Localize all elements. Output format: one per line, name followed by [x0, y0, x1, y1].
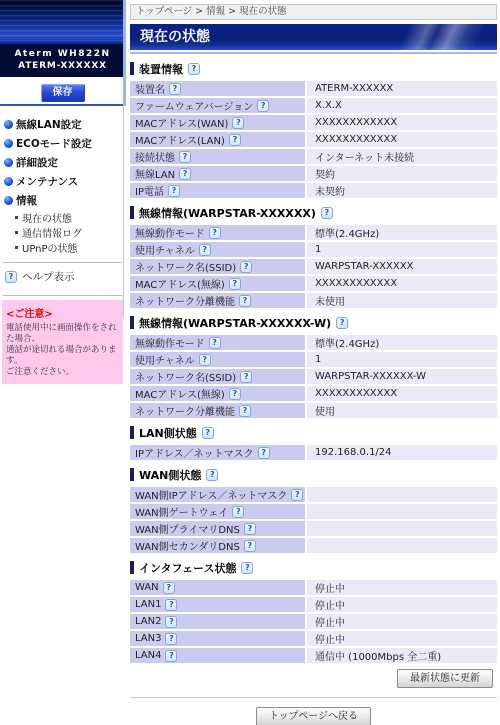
nav-subitem[interactable]: UPnPの状態 — [4, 240, 125, 255]
section-marker-icon — [130, 316, 134, 329]
row-value: 未使用 — [307, 293, 497, 308]
section-title: WAN側状態 — [139, 467, 201, 483]
row-value — [307, 487, 497, 502]
status-section: インタフェース状態?WAN?停止中LAN1?停止中LAN2?停止中LAN3?停止… — [130, 561, 497, 663]
row-label: WAN側プライマリDNS? — [130, 521, 305, 536]
status-section: 無線情報(WARPSTAR-XXXXXX)?無線動作モード?標準(2.4GHz)… — [130, 206, 497, 308]
row-value: 通信中 (1000Mbps 全二重) — [307, 648, 497, 663]
table-row: ネットワーク分離機能?使用 — [130, 403, 497, 418]
row-label-text: ネットワーク分離機能 — [135, 293, 235, 308]
row-label-text: ファームウェアバージョン — [135, 98, 253, 113]
row-label: IPアドレス／ネットマスク? — [130, 445, 305, 460]
help-icon[interactable]: ? — [188, 63, 200, 75]
help-icon[interactable]: ? — [244, 540, 256, 552]
table-row: 使用チャネル?1 — [130, 352, 497, 367]
help-icon[interactable]: ? — [179, 151, 191, 163]
help-icon[interactable]: ? — [321, 207, 333, 219]
help-icon[interactable]: ? — [232, 117, 244, 129]
nav-subitem[interactable]: 通信情報ログ — [4, 225, 125, 240]
row-label-text: 使用チャネル — [135, 352, 195, 367]
row-label-text: ネットワーク名(SSID) — [135, 369, 236, 384]
help-icon[interactable]: ? — [165, 599, 177, 611]
help-icon[interactable]: ? — [336, 317, 348, 329]
bullet-icon — [4, 158, 13, 167]
sidebar: Aterm WH822N ATERM-XXXXXX 保存 無線LAN設定ECOモ… — [0, 0, 125, 725]
router-admin-page: Aterm WH822N ATERM-XXXXXX 保存 無線LAN設定ECOモ… — [0, 0, 500, 725]
row-value: 停止中 — [307, 597, 497, 612]
row-label: 無線LAN? — [130, 166, 305, 181]
row-label-text: MACアドレス(LAN) — [135, 132, 225, 147]
row-label: WAN側セカンダリDNS? — [130, 538, 305, 553]
sidebar-nav: 無線LAN設定ECOモード設定詳細設定メンテナンス情報現在の状態通信情報ログUP… — [0, 106, 125, 257]
help-icon[interactable]: ? — [240, 371, 252, 383]
row-label: 無線動作モード? — [130, 225, 305, 240]
table-row: 装置名?ATERM-XXXXXX — [130, 81, 497, 96]
row-value: XXXXXXXXXXXX — [307, 132, 497, 147]
help-icon[interactable]: ? — [179, 168, 191, 180]
table-row: ファームウェアバージョン?X.X.X — [130, 98, 497, 113]
help-icon[interactable]: ? — [209, 337, 221, 349]
row-label-text: IP電話 — [135, 183, 164, 198]
row-label-text: MACアドレス(無線) — [135, 386, 225, 401]
section-marker-icon — [130, 206, 134, 219]
help-icon[interactable]: ? — [244, 523, 256, 535]
help-icon[interactable]: ? — [168, 185, 180, 197]
row-label: MACアドレス(無線)? — [130, 276, 305, 291]
table-row: MACアドレス(LAN)?XXXXXXXXXXXX — [130, 132, 497, 147]
row-label: 使用チャネル? — [130, 352, 305, 367]
row-label: IP電話? — [130, 183, 305, 198]
nav-item[interactable]: 無線LAN設定 — [4, 115, 125, 134]
nav-item[interactable]: 情報 — [4, 191, 125, 210]
row-label: ネットワーク分離機能? — [130, 293, 305, 308]
back-row: トップページへ戻る — [130, 704, 497, 725]
section-header: 装置情報? — [130, 62, 497, 75]
table-row: 無線動作モード?標準(2.4GHz) — [130, 225, 497, 240]
row-label-text: IPアドレス／ネットマスク — [135, 445, 254, 460]
help-icon[interactable]: ? — [229, 134, 241, 146]
row-label-text: 無線LAN — [135, 166, 175, 181]
status-sections: 装置情報?装置名?ATERM-XXXXXXファームウェアバージョン?X.X.XM… — [130, 62, 497, 663]
title-underline — [130, 52, 497, 54]
help-icon[interactable]: ? — [240, 261, 252, 273]
row-value: 1 — [307, 242, 497, 257]
table-row: ネットワーク名(SSID)?WARPSTAR-XXXXXX — [130, 259, 497, 274]
section-title: インタフェース状態 — [139, 560, 236, 576]
row-label: ファームウェアバージョン? — [130, 98, 305, 113]
section-title: LAN側状態 — [139, 425, 197, 441]
row-label-text: LAN4 — [135, 650, 161, 661]
table-row: WAN側プライマリDNS? — [130, 521, 497, 536]
nav-item-label: ECOモード設定 — [16, 136, 92, 151]
row-label: 無線動作モード? — [130, 335, 305, 350]
row-value: XXXXXXXXXXXX — [307, 276, 497, 291]
status-section: 装置情報?装置名?ATERM-XXXXXXファームウェアバージョン?X.X.XM… — [130, 62, 497, 198]
row-label: WAN? — [130, 580, 305, 595]
table-row: ネットワーク分離機能?未使用 — [130, 293, 497, 308]
section-title: 装置情報 — [139, 61, 183, 77]
help-link[interactable]: ? ヘルプ表示 — [0, 263, 125, 290]
main-content: トップページ > 情報 > 現在の状態 現在の状態 装置情報?装置名?ATERM… — [130, 0, 497, 725]
row-value: 192.168.0.1/24 — [307, 445, 497, 460]
row-label-text: WAN側IPアドレス／ネットマスク — [135, 487, 287, 502]
breadcrumb: トップページ > 情報 > 現在の状態 — [130, 4, 497, 20]
table-row: WAN側IPアドレス／ネットマスク? — [130, 487, 497, 502]
row-label-text: 無線動作モード — [135, 225, 205, 240]
help-icon[interactable]: ? — [199, 244, 211, 256]
help-icon[interactable]: ? — [165, 650, 177, 662]
save-button[interactable]: 保存 — [41, 84, 85, 102]
sidebar-edge-blue — [123, 0, 126, 106]
notice-title: <ご注意> — [6, 305, 119, 320]
help-icon[interactable]: ? — [209, 227, 221, 239]
status-section: LAN側状態?IPアドレス／ネットマスク?192.168.0.1/24 — [130, 426, 497, 460]
aterm-brand-banner — [0, 0, 125, 44]
table-row: MACアドレス(無線)?XXXXXXXXXXXX — [130, 276, 497, 291]
row-label-text: ネットワーク分離機能 — [135, 403, 235, 418]
row-value: XXXXXXXXXXXX — [307, 386, 497, 401]
table-row: WAN側ゲートウェイ? — [130, 504, 497, 519]
table-row: 無線動作モード?標準(2.4GHz) — [130, 335, 497, 350]
device-model-name: Aterm WH822N — [0, 48, 125, 60]
row-label: ネットワーク分離機能? — [130, 403, 305, 418]
nav-subitem-label: UPnPの状態 — [22, 240, 78, 255]
table-row: LAN3?停止中 — [130, 631, 497, 646]
nav-subitem-label: 現在の状態 — [22, 210, 72, 225]
row-label: MACアドレス(WAN)? — [130, 115, 305, 130]
row-label: ネットワーク名(SSID)? — [130, 259, 305, 274]
row-label-text: LAN3 — [135, 633, 161, 644]
row-label-text: 接続状態 — [135, 149, 175, 164]
row-value: 未契約 — [307, 183, 497, 198]
row-label-text: WAN側セカンダリDNS — [135, 538, 240, 553]
row-label: 接続状態? — [130, 149, 305, 164]
section-marker-icon — [130, 426, 134, 439]
table-row: IPアドレス／ネットマスク?192.168.0.1/24 — [130, 445, 497, 460]
help-icon[interactable]: ? — [239, 405, 251, 417]
nav-item-label: メンテナンス — [16, 174, 78, 189]
help-link-label: ヘルプ表示 — [22, 269, 75, 284]
table-row: 接続状態?インターネット未接続 — [130, 149, 497, 164]
refresh-row: 最新状態に更新 — [130, 666, 497, 688]
help-icon[interactable]: ? — [291, 489, 303, 501]
row-value: 停止中 — [307, 631, 497, 646]
footer-divider — [130, 697, 497, 698]
nav-subitem[interactable]: 現在の状態 — [4, 210, 125, 225]
help-icon[interactable]: ? — [241, 562, 253, 574]
row-value: X.X.X — [307, 98, 497, 113]
row-label: LAN3? — [130, 631, 305, 646]
help-icon[interactable]: ? — [229, 278, 241, 290]
row-value: 契約 — [307, 166, 497, 181]
nav-item[interactable]: ECOモード設定 — [4, 134, 125, 153]
row-label: ネットワーク名(SSID)? — [130, 369, 305, 384]
table-row: 使用チャネル?1 — [130, 242, 497, 257]
help-icon[interactable]: ? — [229, 388, 241, 400]
row-value: XXXXXXXXXXXX — [307, 115, 497, 130]
help-icon[interactable]: ? — [232, 506, 244, 518]
row-label-text: WAN側ゲートウェイ — [135, 504, 228, 519]
section-marker-icon — [130, 561, 134, 574]
notice-body: 電話使用中に画面操作をされた場合、通話が途切れる場合があります。ご注意ください。 — [6, 323, 119, 378]
notice-box: <ご注意> 電話使用中に画面操作をされた場合、通話が途切れる場合があります。ご注… — [2, 300, 123, 384]
status-section: 無線情報(WARPSTAR-XXXXXX-W)?無線動作モード?標準(2.4GH… — [130, 316, 497, 418]
row-label: MACアドレス(LAN)? — [130, 132, 305, 147]
dot-icon — [15, 216, 18, 219]
nav-subitem-label: 通信情報ログ — [22, 225, 82, 240]
table-row: WAN?停止中 — [130, 580, 497, 595]
status-section: WAN側状態?WAN側IPアドレス／ネットマスク?WAN側ゲートウェイ?WAN側… — [130, 468, 497, 553]
row-label-text: WAN側プライマリDNS — [135, 521, 240, 536]
table-row: IP電話?未契約 — [130, 183, 497, 198]
bullet-icon — [4, 120, 13, 129]
row-label: MACアドレス(無線)? — [130, 386, 305, 401]
help-icon[interactable]: ? — [257, 100, 269, 112]
row-value: 停止中 — [307, 580, 497, 595]
section-marker-icon — [130, 62, 134, 75]
row-label-text: ネットワーク名(SSID) — [135, 259, 236, 274]
table-row: LAN4?通信中 (1000Mbps 全二重) — [130, 648, 497, 663]
section-title: 無線情報(WARPSTAR-XXXXXX) — [139, 205, 316, 221]
dot-icon — [15, 246, 18, 249]
row-label-text: 無線動作モード — [135, 335, 205, 350]
nav-item[interactable]: 詳細設定 — [4, 153, 125, 172]
row-value — [307, 538, 497, 553]
section-header: LAN側状態? — [130, 426, 497, 439]
row-label: WAN側IPアドレス／ネットマスク? — [130, 487, 305, 502]
table-row: WAN側セカンダリDNS? — [130, 538, 497, 553]
bullet-icon — [4, 177, 13, 186]
row-label: LAN4? — [130, 648, 305, 663]
section-marker-icon — [130, 468, 134, 481]
question-mark-icon: ? — [5, 271, 17, 283]
table-row: MACアドレス(無線)?XXXXXXXXXXXX — [130, 386, 497, 401]
row-value — [307, 521, 497, 536]
row-value: 標準(2.4GHz) — [307, 225, 497, 240]
row-label-text: MACアドレス(無線) — [135, 276, 225, 291]
nav-item[interactable]: メンテナンス — [4, 172, 125, 191]
row-value: 1 — [307, 352, 497, 367]
row-label: WAN側ゲートウェイ? — [130, 504, 305, 519]
help-icon[interactable]: ? — [165, 633, 177, 645]
help-icon[interactable]: ? — [199, 354, 211, 366]
device-network-name: ATERM-XXXXXX — [0, 60, 125, 72]
bullet-icon — [4, 139, 13, 148]
row-label: LAN1? — [130, 597, 305, 612]
help-icon[interactable]: ? — [169, 83, 181, 95]
section-title: 無線情報(WARPSTAR-XXXXXX-W) — [139, 315, 331, 331]
row-value: WARPSTAR-XXXXXX — [307, 259, 497, 274]
row-value — [307, 504, 497, 519]
help-icon[interactable]: ? — [202, 427, 214, 439]
row-label-text: 使用チャネル — [135, 242, 195, 257]
sidebar-edge-gray — [123, 106, 124, 318]
section-header: WAN側状態? — [130, 468, 497, 481]
table-row: ネットワーク名(SSID)?WARPSTAR-XXXXXX-W — [130, 369, 497, 384]
row-value: 使用 — [307, 403, 497, 418]
help-icon[interactable]: ? — [239, 295, 251, 307]
help-icon[interactable]: ? — [165, 616, 177, 628]
nav-item-label: 無線LAN設定 — [16, 117, 82, 132]
section-header: 無線情報(WARPSTAR-XXXXXX)? — [130, 206, 497, 219]
help-icon[interactable]: ? — [206, 469, 218, 481]
row-label-text: MACアドレス(WAN) — [135, 115, 228, 130]
row-value: インターネット未接続 — [307, 149, 497, 164]
nav-item-label: 情報 — [16, 193, 37, 208]
table-row: LAN2?停止中 — [130, 614, 497, 629]
save-strip: 保存 — [0, 77, 125, 104]
refresh-status-button[interactable]: 最新状態に更新 — [397, 669, 493, 688]
dot-icon — [15, 231, 18, 234]
row-value: 標準(2.4GHz) — [307, 335, 497, 350]
section-header: インタフェース状態? — [130, 561, 497, 574]
row-value: ATERM-XXXXXX — [307, 81, 497, 96]
row-label-text: WAN — [135, 582, 159, 593]
help-icon[interactable]: ? — [163, 582, 175, 594]
row-value: 停止中 — [307, 614, 497, 629]
row-label-text: LAN2 — [135, 616, 161, 627]
back-to-top-button[interactable]: トップページへ戻る — [256, 707, 371, 725]
page-title: 現在の状態 — [130, 24, 497, 50]
sidebar-divider — [3, 295, 122, 296]
row-value: WARPSTAR-XXXXXX-W — [307, 369, 497, 384]
row-label: 使用チャネル? — [130, 242, 305, 257]
section-header: 無線情報(WARPSTAR-XXXXXX-W)? — [130, 316, 497, 329]
nav-item-label: 詳細設定 — [16, 155, 58, 170]
help-icon[interactable]: ? — [258, 447, 270, 459]
row-label-text: 装置名 — [135, 81, 165, 96]
row-label: LAN2? — [130, 614, 305, 629]
table-row: 無線LAN?契約 — [130, 166, 497, 181]
row-label: 装置名? — [130, 81, 305, 96]
table-row: MACアドレス(WAN)?XXXXXXXXXXXX — [130, 115, 497, 130]
table-row: LAN1?停止中 — [130, 597, 497, 612]
row-label-text: LAN1 — [135, 599, 161, 610]
device-model-box: Aterm WH822N ATERM-XXXXXX — [0, 44, 125, 77]
bullet-icon — [4, 196, 13, 205]
